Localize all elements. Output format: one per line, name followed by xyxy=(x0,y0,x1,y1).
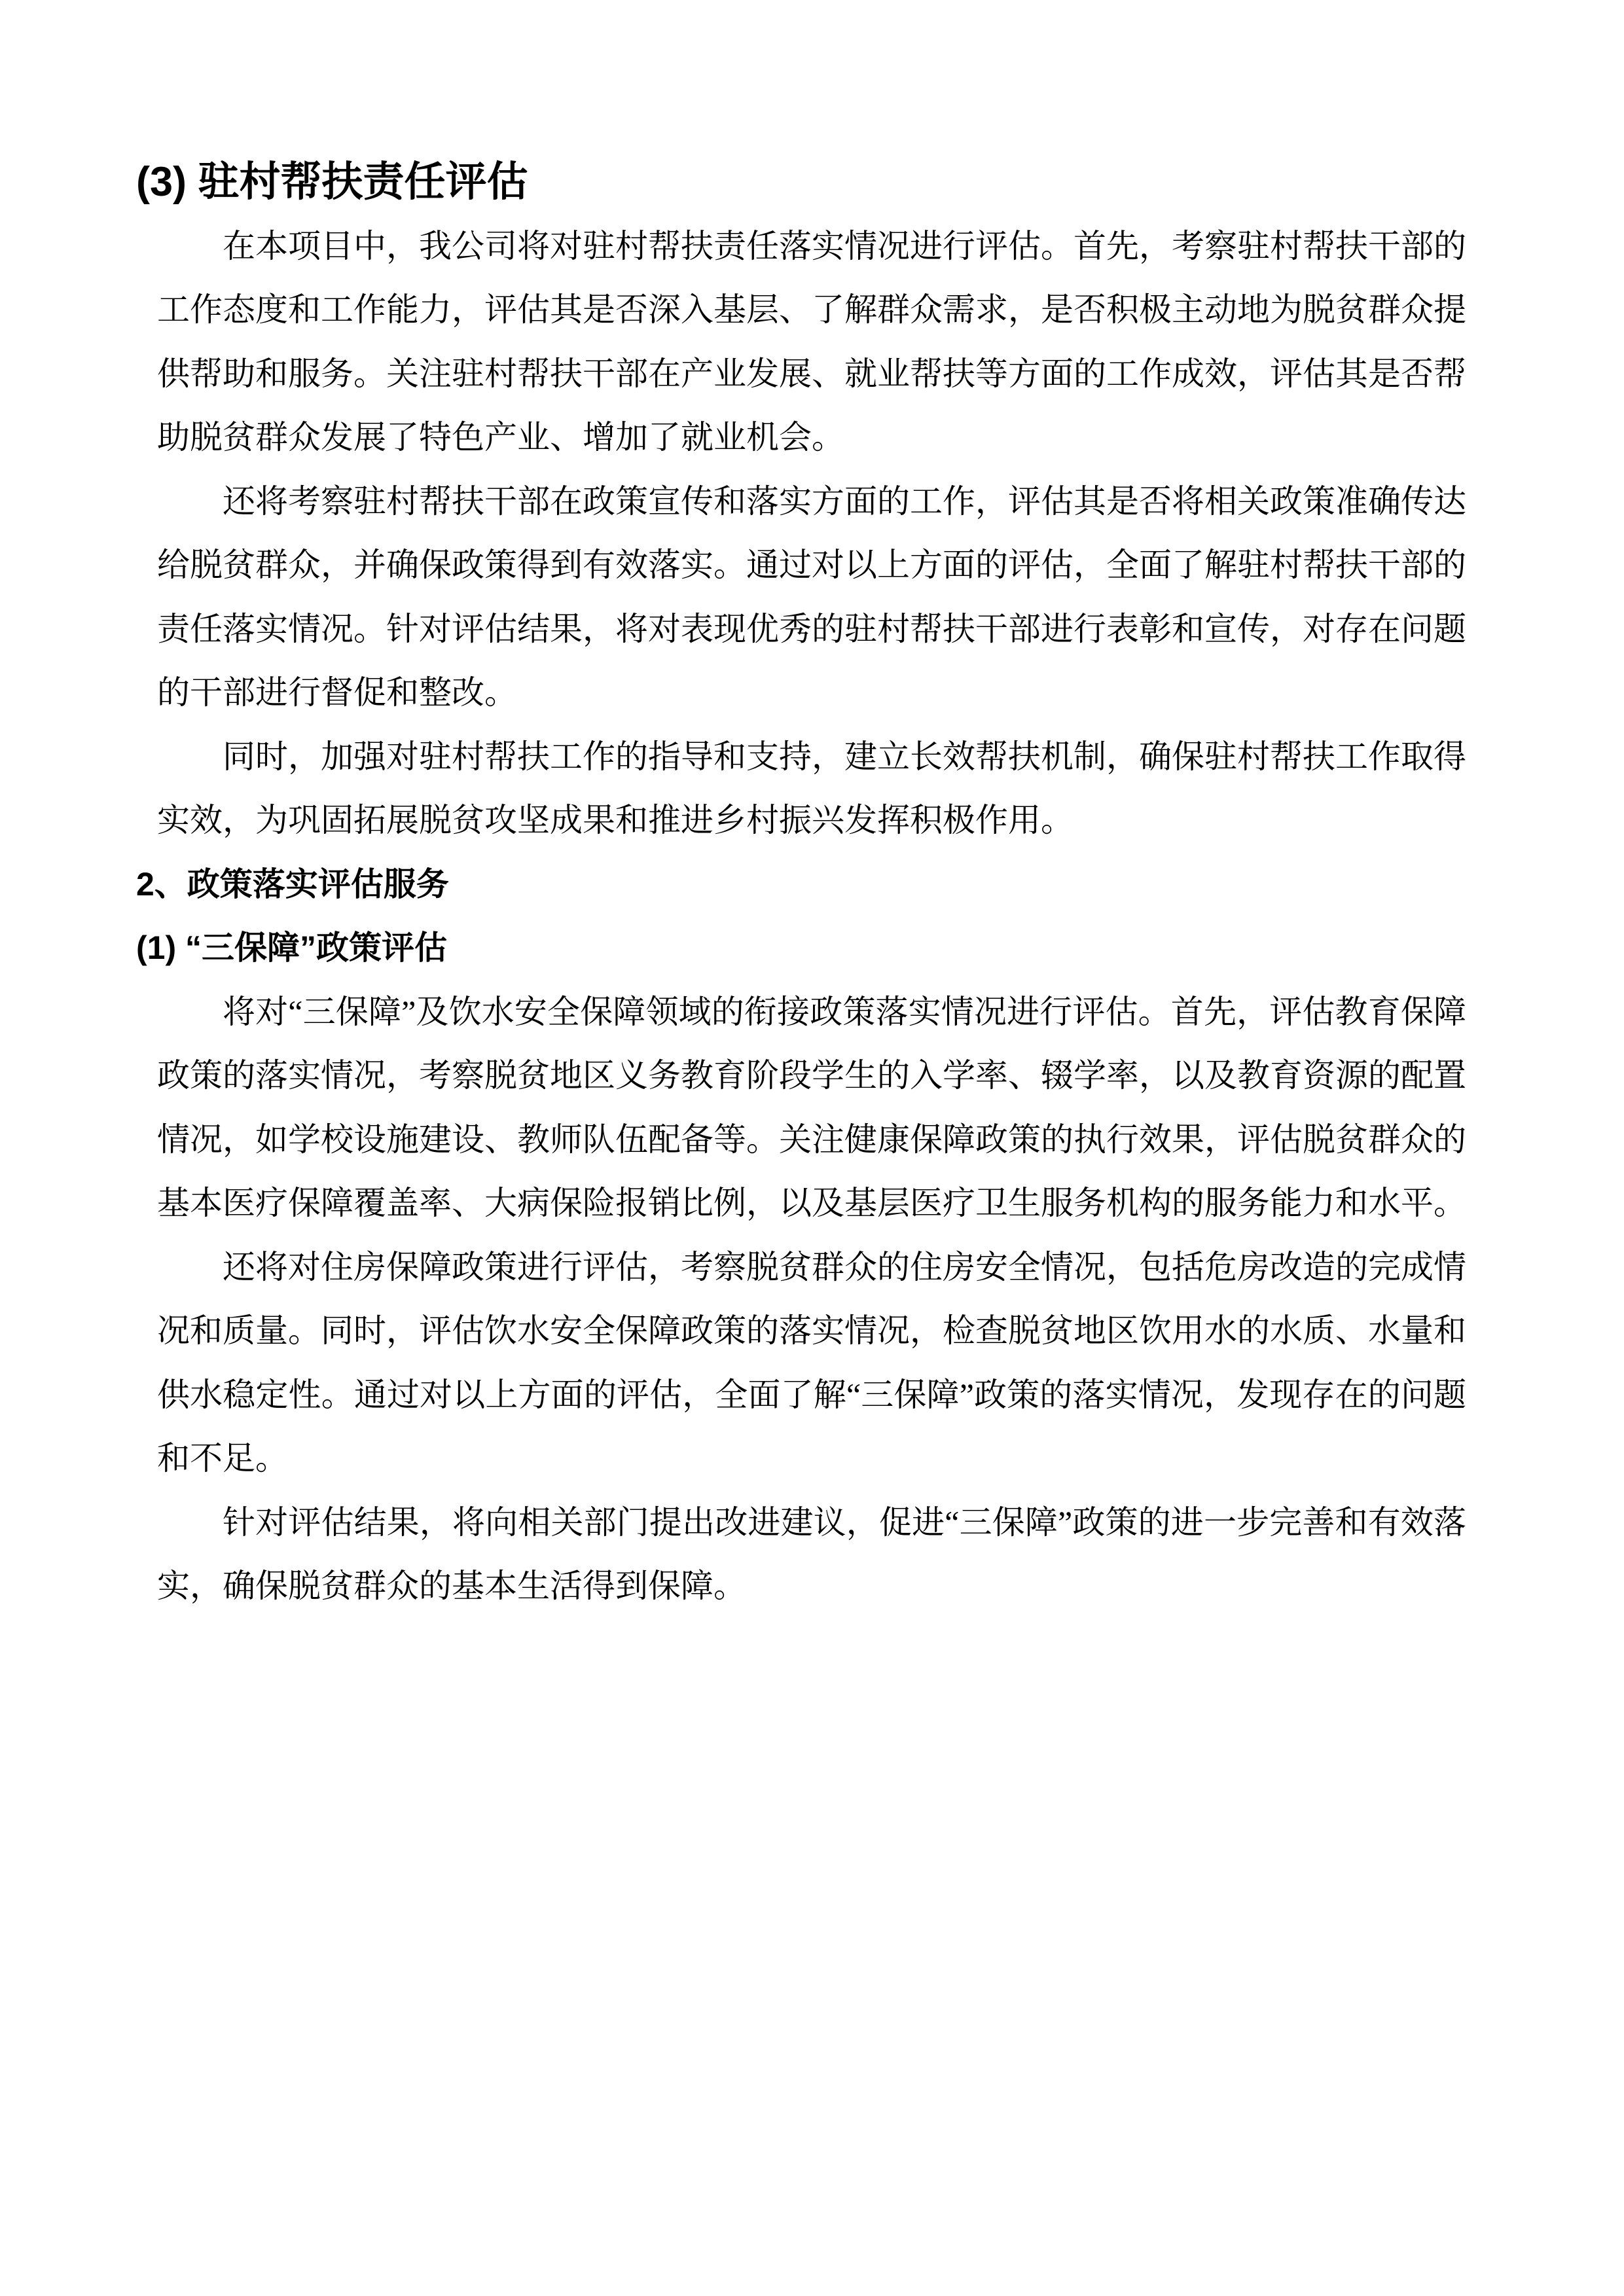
paragraph-sanbaozhang-2: 还将对住房保障政策进行评估，考察脱贫群众的住房安全情况，包括危房改造的完成情况和… xyxy=(157,1236,1466,1491)
paragraph-zhucun-1: 在本项目中，我公司将对驻村帮扶责任落实情况进行评估。首先，考察驻村帮扶干部的工作… xyxy=(157,215,1466,470)
paragraph-zhucun-2: 还将考察驻村帮扶干部在政策宣传和落实方面的工作，评估其是否将相关政策准确传达给脱… xyxy=(157,470,1466,725)
paragraph-sanbaozhang-3: 针对评估结果，将向相关部门提出改进建议，促进“三保障”政策的进一步完善和有效落实… xyxy=(157,1491,1466,1619)
section-heading-zhucun-bangfu: (3) 驻村帮扶责任评估 xyxy=(136,151,1466,215)
paragraph-sanbaozhang-1: 将对“三保障”及饮水安全保障领域的衔接政策落实情况进行评估。首先，评估教育保障政… xyxy=(157,980,1466,1236)
document-page: (3) 驻村帮扶责任评估 在本项目中，我公司将对驻村帮扶责任落实情况进行评估。首… xyxy=(0,0,1624,2296)
paragraph-zhucun-3: 同时，加强对驻村帮扶工作的指导和支持，建立长效帮扶机制，确保驻村帮扶工作取得实效… xyxy=(157,725,1466,853)
chapter-heading-zhengce-luoshi: 2、政策落实评估服务 xyxy=(136,853,1466,917)
section-heading-san-baozhang: (1) “三保障”政策评估 xyxy=(136,916,1466,980)
